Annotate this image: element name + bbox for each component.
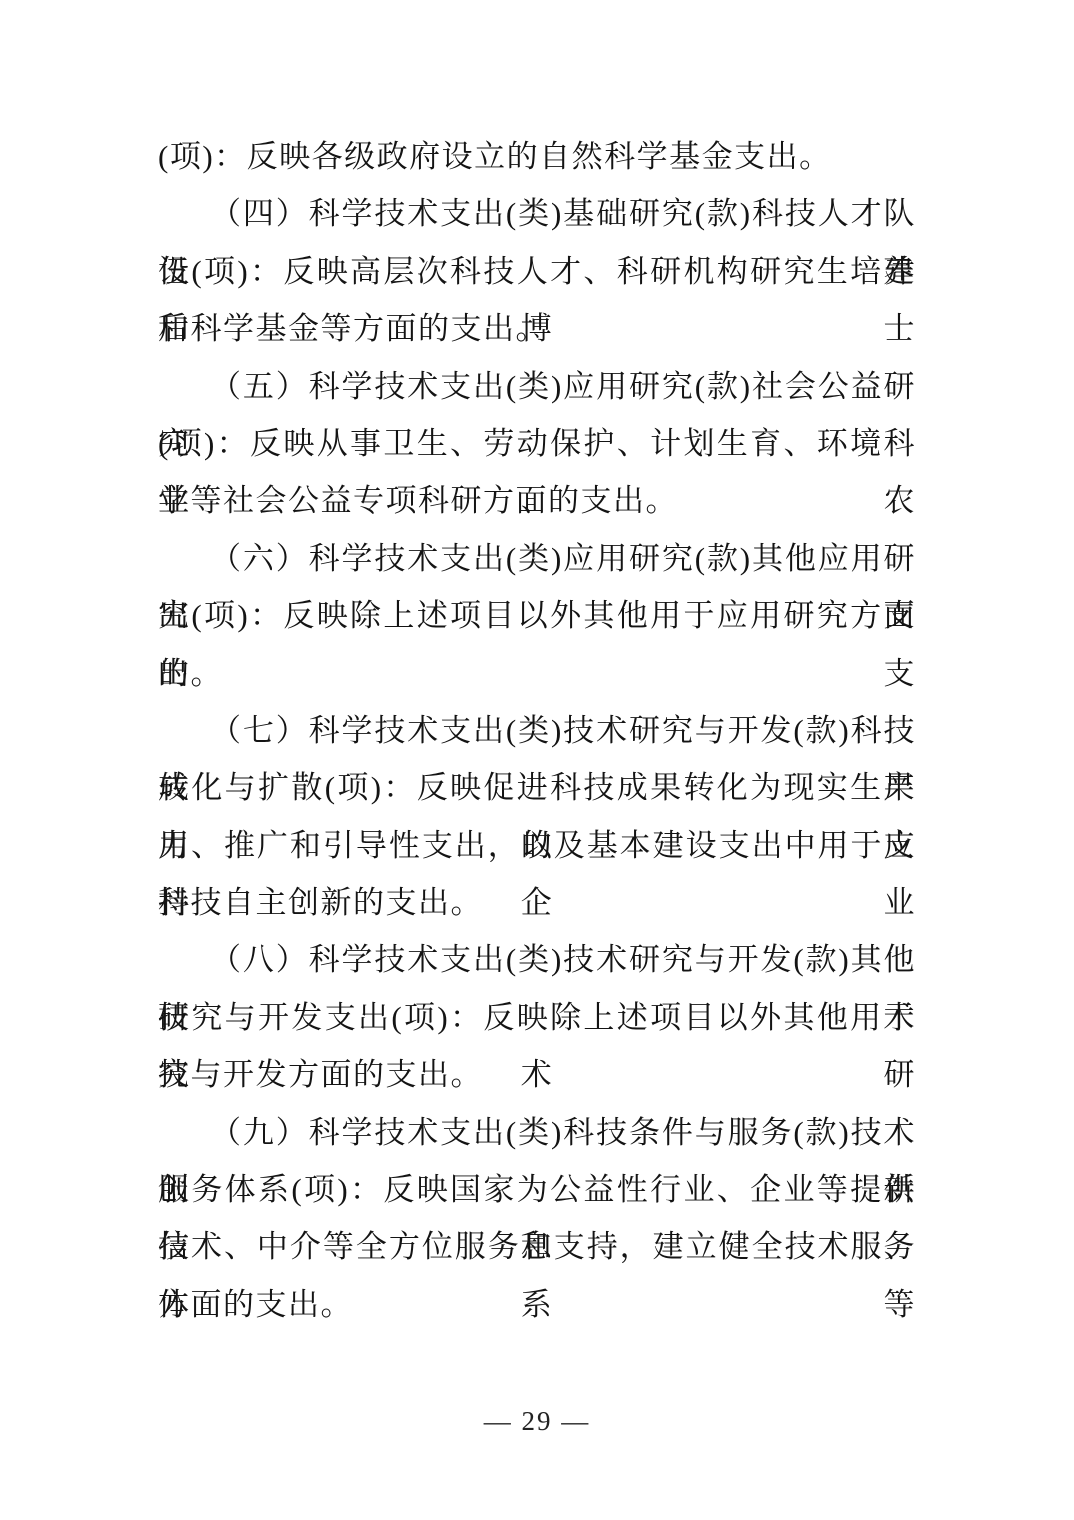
paragraph: (项)：反映各级政府设立的自然科学基金支出。: [158, 128, 916, 185]
text-line: （四）科学技术支出(类)基础研究(款)科技人才队伍建: [158, 185, 916, 242]
text-line: (项)：反映各级政府设立的自然科学基金支出。: [158, 128, 916, 185]
paragraph: （九）科学技术支出(类)科技条件与服务(款)技术创新 服务体系(项)：反映国家为…: [158, 1104, 916, 1334]
text-line: （六）科学技术支出(类)应用研究(款)其他应用研究支: [158, 530, 916, 587]
text-line: 设(项)：反映高层次科技人才、科研机构研究生培养和博士: [158, 243, 916, 300]
paragraph: （四）科学技术支出(类)基础研究(款)科技人才队伍建 设(项)：反映高层次科技人…: [158, 185, 916, 357]
page-number: — 29 —: [0, 1406, 1074, 1437]
text-line: 研究与开发支出(项)：反映除上述项目以外其他用于技术研: [158, 989, 916, 1046]
text-line: 用、推广和引导性支出，以及基本建设支出中用于支持企业: [158, 817, 916, 874]
paragraph: （六）科学技术支出(类)应用研究(款)其他应用研究支 出(项)：反映除上述项目以…: [158, 530, 916, 702]
paragraph: （七）科学技术支出(类)技术研究与开发(款)科技成果 转化与扩散(项)：反映促进…: [158, 702, 916, 932]
text-line: 出(项)：反映除上述项目以外其他用于应用研究方面的支: [158, 587, 916, 644]
text-line: （五）科学技术支出(类)应用研究(款)社会公益研究: [158, 358, 916, 415]
text-line: 服务体系(项)：反映国家为公益性行业、企业等提供信息、: [158, 1161, 916, 1218]
text-line: 技术、中介等全方位服务和支持，建立健全技术服务体系等: [158, 1218, 916, 1275]
text-line: （九）科学技术支出(类)科技条件与服务(款)技术创新: [158, 1104, 916, 1161]
paragraph: （五）科学技术支出(类)应用研究(款)社会公益研究 (项)：反映从事卫生、劳动保…: [158, 358, 916, 530]
text-line: (项)：反映从事卫生、劳动保护、计划生育、环境科学、农: [158, 415, 916, 472]
paragraph: （八）科学技术支出(类)技术研究与开发(款)其他技术 研究与开发支出(项)：反映…: [158, 931, 916, 1103]
text-line: （八）科学技术支出(类)技术研究与开发(款)其他技术: [158, 931, 916, 988]
document-page: (项)：反映各级政府设立的自然科学基金支出。 （四）科学技术支出(类)基础研究(…: [0, 0, 1074, 1520]
document-body: (项)：反映各级政府设立的自然科学基金支出。 （四）科学技术支出(类)基础研究(…: [158, 128, 916, 1333]
text-line: （七）科学技术支出(类)技术研究与开发(款)科技成果: [158, 702, 916, 759]
text-line: 转化与扩散(项)：反映促进科技成果转化为现实生产力的应: [158, 759, 916, 816]
